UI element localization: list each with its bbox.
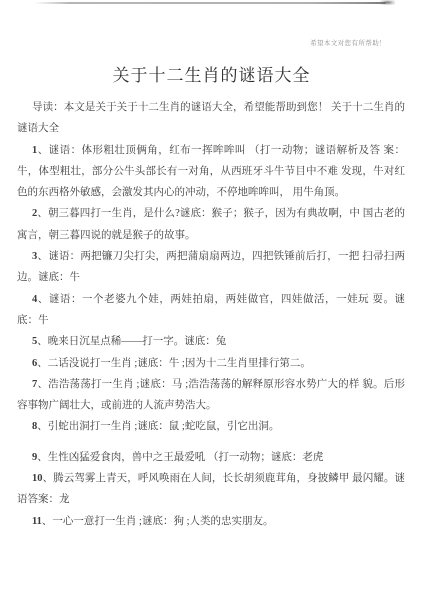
riddle-item-9: 9、生性凶猛爱食肉，兽中之王最爱吼 （打一动物；谜底：老虎 (17, 447, 405, 468)
riddle-item-5: 5、晚来日沉星点稀——打一字。谜底：兔 (17, 331, 405, 352)
riddle-text: 、一心一意打一生肖 ;谜底：狗 ;人类的忠实朋友。 (42, 516, 274, 527)
riddle-text: 、引蛇出洞打一生肖 ;谜底：鼠 ;蛇吃鼠，引它出洞。 (37, 421, 279, 432)
page-corner-mark (380, 0, 395, 5)
riddle-item-10: 10、腾云驾雾上青天，呼风唤雨在人间，长长胡须鹿茸角，身披鳞甲 最闪耀。谜语答案… (17, 468, 405, 511)
riddle-text: 、朝三暮四打一生肖，是什么?谜底：猴子；猴子，因为有典故啊，中 国古老的寓言，朝… (17, 208, 405, 240)
page-edge-shadow (34, 2, 386, 4)
riddle-number: 10 (32, 473, 43, 484)
riddle-text: 、二话没说打一生肖 ;谜底：牛 ;因为十二生肖里排行第二。 (37, 358, 311, 369)
header-note: 希望本文对您有所帮助！ (310, 40, 386, 48)
riddle-item-6: 6、二话没说打一生肖 ;谜底：牛 ;因为十二生肖里排行第二。 (17, 353, 405, 374)
riddle-number: 11 (32, 516, 42, 527)
page-title: 关于十二生肖的谜语大全 (0, 61, 423, 86)
riddle-item-2: 2、朝三暮四打一生肖，是什么?谜底：猴子；猴子，因为有典故啊，中 国古老的寓言，… (17, 203, 405, 246)
riddle-text: 、晚来日沉星点稀——打一字。谜底：兔 (37, 336, 226, 347)
riddle-item-11: 11、一心一意打一生肖 ;谜底：狗 ;人类的忠实朋友。 (17, 511, 405, 532)
riddle-text: 、生性凶猛爱食肉，兽中之王最爱吼 （打一动物；谜底：老虎 (37, 452, 323, 463)
document-body: 导读：本文是关于关于十二生肖的谜语大全，希望能帮助到您！ 关于十二生肖的谜语大全… (17, 97, 405, 532)
riddle-item-3: 3、谜语：两把镰刀尖打尖，两把蒲扇扇两边，四把铁锤前后打，一把 扫帚扫两边。谜底… (17, 246, 405, 289)
riddle-text: 、谜语：两把镰刀尖打尖，两把蒲扇扇两边，四把铁锤前后打，一把 扫帚扫两边。谜底：… (17, 251, 405, 283)
riddle-item-4: 4、谜语：一个老婆九个娃，两娃拍扇，两娃做官，四娃做活，一娃玩 耍。谜底：牛 (17, 289, 405, 332)
riddle-item-7: 7、浩浩荡荡打一生肖 ;谜底：马 ;浩浩荡荡的解释原形容水势广大的样 貌。后形容… (17, 374, 405, 417)
riddle-item-8: 8、引蛇出洞打一生肖 ;谜底：鼠 ;蛇吃鼠，引它出洞。 (17, 416, 405, 437)
document-page: 希望本文对您有所帮助！ 关于十二生肖的谜语大全 导读：本文是关于关于十二生肖的谜… (0, 0, 423, 600)
riddle-text: 、谜语：一个老婆九个娃，两娃拍扇，两娃做官，四娃做活，一娃玩 耍。谜底：牛 (17, 294, 405, 326)
riddle-text: 、浩浩荡荡打一生肖 ;谜底：马 ;浩浩荡荡的解释原形容水势广大的样 貌。后形容事… (17, 379, 405, 411)
intro-paragraph: 导读：本文是关于关于十二生肖的谜语大全，希望能帮助到您！ 关于十二生肖的谜语大全 (17, 97, 405, 140)
riddle-item-1: 1、谜语：体形粗壮顶俩角，红布一挥哞哞叫 （打一动物；谜语解析及答 案：牛，体型… (17, 140, 405, 204)
riddle-text: 、腾云驾雾上青天，呼风唤雨在人间，长长胡须鹿茸角，身披鳞甲 最闪耀。谜语答案：龙 (17, 473, 405, 505)
riddle-text: 、谜语：体形粗壮顶俩角，红布一挥哞哞叫 （打一动物；谜语解析及答 案：牛，体型粗… (17, 145, 405, 199)
